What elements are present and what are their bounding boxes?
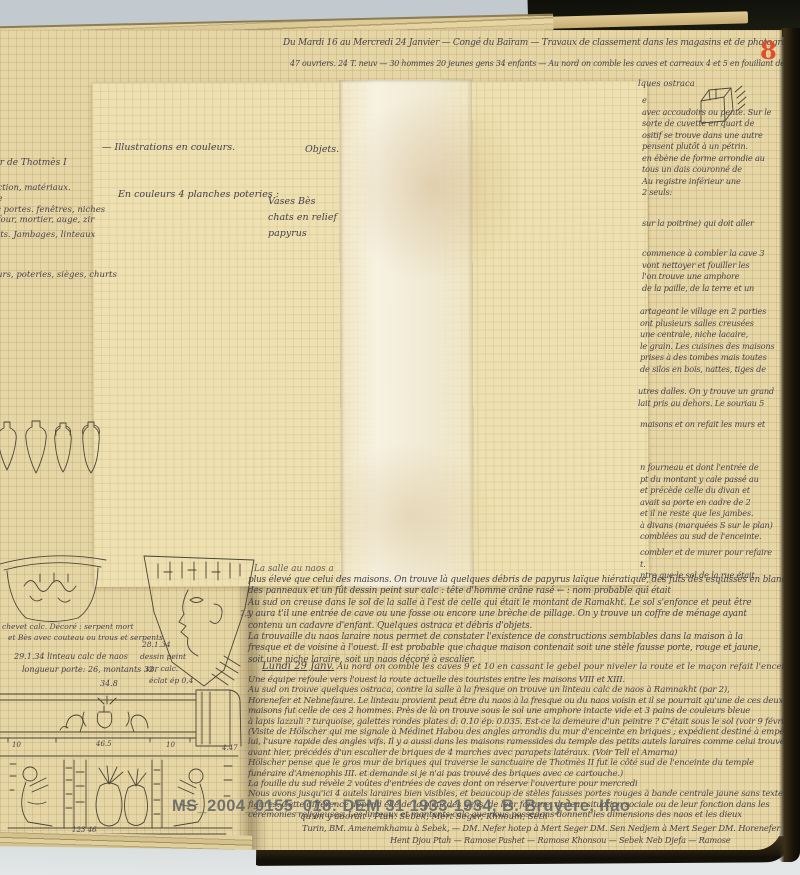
- lintel-num-1: 10: [12, 741, 21, 749]
- offering-register-sketch: [0, 752, 242, 840]
- handwritten-text-line: maisons et on refait les murs et: [640, 419, 772, 431]
- monday-entry-heading: Lundi 29 Janv.: [262, 661, 334, 672]
- handwritten-text-line: uction, matériaux.: [0, 183, 105, 194]
- chevet-sketch: [0, 548, 110, 620]
- note-objets: Objets.: [305, 144, 339, 155]
- handwritten-text-line: n fourneau et dont l'entrée de: [640, 462, 772, 474]
- page-number: 8: [760, 36, 777, 65]
- handwritten-text-line: vont nettoyer et fouiller les: [642, 260, 774, 272]
- photo-background-bottom-left: [0, 846, 256, 875]
- handwritten-text-line: La trouvaille du naos laraire nous perme…: [248, 632, 768, 643]
- left-column-fragment-d: eurs, poteries, sièges, churts: [0, 270, 117, 281]
- right-column-group-3: commence à combler la cave 3vont nettoye…: [642, 248, 774, 294]
- handwritten-text-line: artageant le village en 2 parties: [640, 306, 772, 318]
- handwritten-text-line: sorte de cuvette en quart de: [642, 118, 774, 130]
- right-column-group-7: n fourneau et dont l'entrée dept du mont…: [640, 462, 772, 543]
- pasted-sheet: [92, 81, 649, 587]
- handwritten-text-line: Une équipe refoule vers l'ouest la route…: [248, 675, 768, 685]
- handwritten-text-line: avec accoudoirs ou pente. Sur le: [642, 107, 774, 119]
- lintel-num-3: 10: [166, 741, 175, 749]
- notebook-right-binding: [779, 28, 800, 862]
- note-poteries-list: Vases Bèschats en reliefpapyrus: [268, 194, 337, 242]
- head-caption-3: éclat ép 0,4: [149, 676, 193, 685]
- handwritten-text-line: et précède celle du divan et: [640, 485, 772, 497]
- chevet-caption-1: chevet calc. Décoré : serpent mort: [2, 622, 134, 631]
- handwritten-text-line: à lapis lazzuli ? turquoise, galettes ro…: [248, 717, 768, 727]
- handwritten-text-line: une centrale, niche lacaire,: [640, 329, 772, 341]
- handwritten-text-line: l'on trouve une amphore: [642, 271, 774, 283]
- head-caption-1: dessin peint: [140, 652, 186, 661]
- handwritten-text-line: avant hier, précédés d'un escalier de br…: [248, 748, 768, 758]
- handwritten-text-line: Vases Bès: [268, 194, 337, 210]
- left-column-fragment-a: ur de Thotmès I: [0, 158, 67, 169]
- handwritten-text-line: tous un dais couronné de: [642, 164, 774, 176]
- handwritten-text-line: y aura t'il une entrée de cave ou une fo…: [248, 609, 768, 620]
- handwritten-text-line: commence à combler la cave 3: [642, 248, 774, 260]
- left-column-fragment-b: uction, matériaux.derc portes. fenêtres,…: [0, 183, 105, 226]
- handwritten-text-line: utres dalles. On y trouve un grand: [638, 386, 770, 398]
- handwritten-text-line: e: [642, 95, 774, 107]
- handwritten-text-line: chats en relief: [268, 210, 337, 226]
- handwritten-text-line: combler et de murer pour refaire: [640, 547, 772, 559]
- right-column-group-2: sur la poitrine) qui doit aller: [642, 218, 774, 230]
- header-workers-line: 47 ouvriers. 24 T. neuv — 30 hommes 20 j…: [290, 59, 800, 68]
- note-planches: En couleurs 4 planches poteries :: [118, 189, 279, 200]
- handwritten-text-line: Horenefer et Nebnefaure. Le linteau prov…: [248, 696, 768, 706]
- lintel-dims-caption: longueur porte: 26, montants 32.: [22, 665, 157, 674]
- right-column-group-6: maisons et on refait les murs et: [640, 419, 772, 431]
- handwritten-text-line: t.: [640, 559, 772, 571]
- names-line: Hent Djou Ptah — Ramose Pashet — Ramose …: [390, 835, 730, 845]
- note-illustrations: — Illustrations en couleurs.: [102, 142, 235, 153]
- handwritten-text-line: rc portes. fenêtres, niches: [0, 205, 105, 216]
- handwritten-text-line: comblées au sud de l'enceinte.: [640, 531, 772, 543]
- paper-stain: [323, 442, 494, 593]
- handwritten-text-line: funéraire d'Amenophis III. et demande si…: [248, 769, 768, 779]
- handwritten-text-line: plus élevé que celui des maisons. On tro…: [248, 575, 768, 586]
- head-date: 28.1.34: [142, 640, 171, 649]
- handwritten-text-line: Au sud on creuse dans le sol de la salle…: [248, 598, 768, 609]
- monday-entry-text: Au nord on comble les caves 9 et 10 en c…: [337, 662, 800, 672]
- handwritten-text-line: maisons fut celle de ces 2 hommes. Près …: [248, 706, 768, 716]
- turin-line: Turin, BM. Amenemkhamu à Sebek, — DM. Ne…: [302, 823, 780, 833]
- right-column-group-4: artageant le village en 2 partiesont plu…: [640, 306, 772, 375]
- handwritten-text-line: lui, l'usure rapide des angles vifs. Il …: [248, 737, 768, 747]
- handwritten-text-line: Hölscher pense que le gros mur de brique…: [248, 758, 768, 768]
- lintel-drawing: [0, 688, 246, 750]
- handwritten-text-line: avait sa porte en cadre de 2: [640, 497, 772, 509]
- handwritten-text-line: et il ne reste que les jambes.: [640, 508, 772, 520]
- handwritten-text-line: La fouille du sud révèle 2 voûtes d'entr…: [248, 779, 768, 789]
- handwritten-text-line: ur de Thotmès I: [0, 158, 67, 169]
- amphorae-sketch: [0, 418, 114, 482]
- handwritten-text-line: le grain. Les cuisines des maisons: [640, 341, 772, 353]
- handwritten-text-line: pensent plutôt à un pétrin.: [642, 141, 774, 153]
- handwritten-text-line: 2 seuls:: [642, 187, 774, 199]
- handwritten-text-line: prises à des tombes mais toutes: [640, 352, 772, 364]
- journal-paragraph-a: plus élevé que celui des maisons. On tro…: [248, 575, 768, 666]
- handwritten-text-line: fresque et de voisine à l'ouest. Il est …: [248, 643, 768, 654]
- handwritten-text-line: de silos en bois, nattes, tiges de: [640, 364, 772, 376]
- monday-entry-first-line: Lundi 29 Janv. Au nord on comble les cav…: [262, 661, 800, 672]
- handwritten-text-line: de la paille, de la terre et un: [642, 283, 774, 295]
- lintel-num-2: 46.5: [96, 740, 112, 748]
- handwritten-text-line: (Visite de Hölscher qui me signale à Méd…: [248, 727, 768, 737]
- lintel-date-caption: 29.1.34 linteau calc de naos: [14, 652, 128, 661]
- handwritten-text-line: , four, mortier, auge, zir: [0, 215, 105, 226]
- handwritten-text-line: Au sud on trouve quelques ostraca, contr…: [248, 685, 768, 695]
- journal-lead-fragment: La salle au naos a: [254, 564, 334, 574]
- handwritten-text-line: sur la poitrine) qui doit aller: [642, 218, 774, 230]
- lintel-num-4: 4.47: [222, 744, 238, 752]
- handwritten-text-line: des panneaux et un fût dessin peint sur …: [248, 586, 768, 597]
- handwritten-text-line: de: [0, 194, 105, 205]
- paper-stain: [342, 91, 523, 282]
- handwritten-text-line: lait pris au dehors. Le souriau 5: [638, 398, 770, 410]
- handwritten-text-line: ositif se trouve dans une autre: [642, 130, 774, 142]
- lintel-total-num: 34.8: [100, 679, 118, 688]
- right-column-group-5: utres dalles. On y trouve un grandlait p…: [638, 386, 770, 409]
- handwritten-text-line: papyrus: [268, 226, 337, 242]
- handwritten-text-line: à divans (marquées S sur le plan): [640, 520, 772, 532]
- right-column-group-1: eavec accoudoirs ou pente. Sur lesorte d…: [642, 95, 774, 199]
- header-ostraca-note: lques ostraca: [638, 78, 695, 88]
- handwritten-text-line: pt du montant y cale passé au: [640, 474, 772, 486]
- handwritten-text-line: ont plusieurs salles creusées: [640, 318, 772, 330]
- handwritten-text-line: Au registre inférieur une: [642, 176, 774, 188]
- left-column-fragment-c: uits. Jambages, linteaux: [0, 230, 95, 241]
- header-date-line: Du Mardi 16 au Mercredi 24 Janvier — Con…: [283, 38, 800, 48]
- handwritten-text-line: uits. Jambages, linteaux: [0, 230, 95, 241]
- handwritten-text-line: contenu un cadavre d'enfant. Quelques os…: [248, 621, 768, 632]
- head-measure: 7,5: [240, 610, 251, 618]
- handwritten-text-line: eurs, poteries, sièges, churts: [0, 270, 117, 281]
- handwritten-text-line: en ébène de forme arrondie au: [642, 153, 774, 165]
- archive-watermark: MS_2004_0155_018: DEM 31 1933-1934, B. B…: [172, 797, 630, 816]
